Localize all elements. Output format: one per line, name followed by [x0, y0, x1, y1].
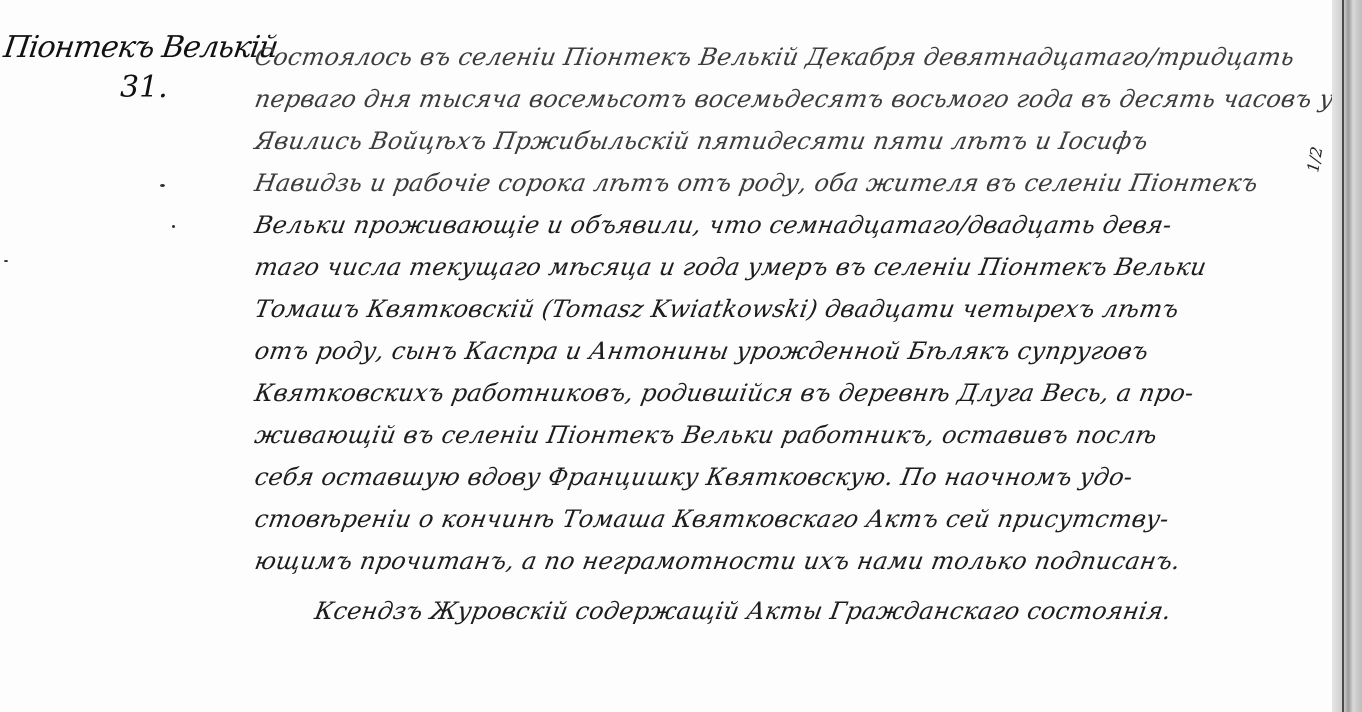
text-line-8: отъ роду, сынъ Каспра и Антонины урожден… [251, 330, 1343, 372]
text-line-12: стовѣреніи о кончинѣ Томаша Квятковскаго… [251, 498, 1343, 540]
record-body: Состоялось въ селеніи Піонтекъ Велькій Д… [255, 36, 1340, 632]
document-page: Піонтекъ Велькій 31. Состоялось въ селен… [0, 0, 1362, 712]
ink-speck [160, 184, 165, 187]
page-binding-edge [1332, 0, 1362, 712]
signature-line: Ксендзъ Журовскій содержащій Акты Гражда… [311, 590, 1343, 632]
text-line-13: ющимъ прочитанъ, а по неграмотности ихъ … [251, 540, 1343, 582]
text-line-4: Навидзь и рабочіе сорока лѣтъ отъ роду, … [251, 162, 1343, 204]
text-line-7: Томашъ Квятковскій (Tomasz Kwiatkowski) … [251, 288, 1343, 330]
ink-speck [4, 260, 8, 262]
text-line-11: себя оставшую вдову Францишку Квятковску… [251, 456, 1343, 498]
text-line-3: Явились Войцѣхъ Пржибыльскій пятидесяти … [251, 120, 1343, 162]
text-line-10: живающій въ селеніи Піонтекъ Вельки рабо… [251, 414, 1343, 456]
margin-place-name: Піонтекъ Велькій [2, 30, 280, 65]
text-line-5: Вельки проживающіе и объявили, что семна… [251, 204, 1343, 246]
entry-number: 31. [120, 70, 168, 105]
text-line-2: перваго дня тысяча восемьсотъ восемьдеся… [251, 78, 1343, 120]
text-line-9: Квятковскихъ работниковъ, родившійся въ … [251, 372, 1343, 414]
text-line-6: таго числа текущаго мѣсяца и года умеръ … [251, 246, 1343, 288]
text-line-1: Состоялось въ селеніи Піонтекъ Велькій Д… [251, 36, 1343, 78]
ink-speck [172, 225, 175, 228]
